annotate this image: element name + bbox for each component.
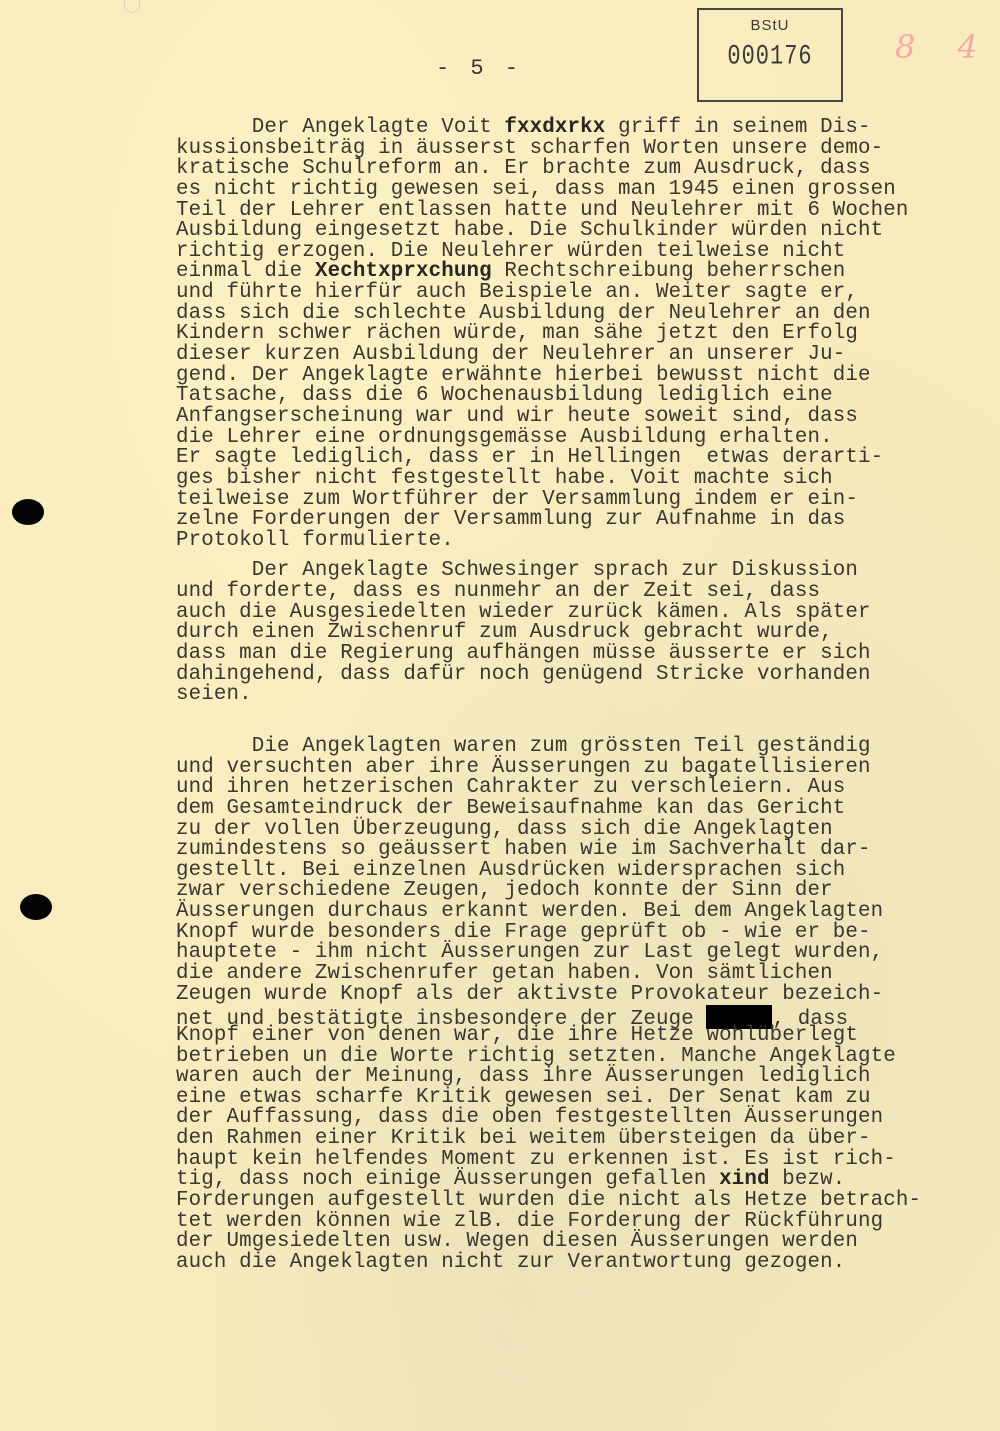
text-line: tig, dass noch einige Äusserungen gefall… <box>176 1170 956 1191</box>
text-line: Der Angeklagte Voit fxxdxrkx griff in se… <box>176 118 956 139</box>
text-line: Ausbildung eingesetzt habe. Die Schulkin… <box>176 221 956 242</box>
text-line: Zeugen wurde Knopf als der aktivste Prov… <box>176 985 956 1006</box>
struck-out-word: Xechtxprxchung <box>315 260 492 283</box>
text-line: und ihren hetzerischen Cahrakter zu vers… <box>176 778 956 799</box>
text-line: und forderte, dass es nunmehr an der Zei… <box>176 582 956 603</box>
punch-hole-icon <box>20 894 52 920</box>
corner-mark <box>124 0 140 13</box>
text-line: tet werden können wie zlB. die Forderung… <box>176 1212 956 1233</box>
text-line: ges bisher nicht festgestellt habe. Voit… <box>176 469 956 490</box>
archive-stamp: BStU 000176 <box>697 8 843 102</box>
stamp-org: BStU <box>699 17 841 34</box>
text-line: zu der vollen Überzeugung, dass sich die… <box>176 820 956 841</box>
text-line: Kindern schwer rächen würde, man sähe je… <box>176 324 956 345</box>
text-line: der Umgesiedelten usw. Wegen diesen Äuss… <box>176 1232 956 1253</box>
text-line: Forderungen aufgestellt wurden die nicht… <box>176 1191 956 1212</box>
text-line: Die Angeklagten waren zum grössten Teil … <box>176 737 956 758</box>
text-line: eine etwas scharfe Kritik gewesen sei. D… <box>176 1088 956 1109</box>
text-line: zumindestens so geäussert haben wie im S… <box>176 840 956 861</box>
struck-out-word: xind <box>719 1168 770 1191</box>
text-line: Der Angeklagte Schwesinger sprach zur Di… <box>176 561 956 582</box>
text-line: einmal die Xechtxprxchung Rechtschreibun… <box>176 262 956 283</box>
text-line: zelne Forderungen der Versammlung zur Au… <box>176 510 956 531</box>
text-line: Knopf wurde besonders die Frage geprüft … <box>176 923 956 944</box>
text-line: betrieben un die Worte richtig setzten. … <box>176 1047 956 1068</box>
text-line: Er sagte lediglich, dass er in Hellingen… <box>176 448 956 469</box>
text-line: Knopf einer von denen war, die ihre Hetz… <box>176 1026 956 1047</box>
text-line: teilweise zum Wortführer der Versammlung… <box>176 490 956 511</box>
text-line: Teil der Lehrer entlassen hatte und Neul… <box>176 201 956 222</box>
handwritten-folio: 8 4 <box>895 28 994 66</box>
stamp-number: 000176 <box>699 41 841 72</box>
text-line: Anfangserscheinung war und wir heute sow… <box>176 407 956 428</box>
text-line: und führte hierfür auch Beispiele an. We… <box>176 283 956 304</box>
punch-hole-icon <box>12 499 44 525</box>
text-line: durch einen Zwischenruf zum Ausdruck geb… <box>176 623 956 644</box>
text-line: und versuchten aber ihre Äusserungen zu … <box>176 758 956 779</box>
text-line: hauptete - ihm nicht Äusserungen zur Las… <box>176 943 956 964</box>
text-line: Tatsache, dass die 6 Wochenausbildung le… <box>176 386 956 407</box>
text-line: dieser kurzen Ausbildung der Neulehrer a… <box>176 345 956 366</box>
text-line: dahingehend, dass dafür noch genügend St… <box>176 665 956 686</box>
text-line: es nicht richtig gewesen sei, dass man 1… <box>176 180 956 201</box>
text-line: haupt kein helfendes Moment zu erkennen … <box>176 1150 956 1171</box>
text-line: zwar verschiedene Zeugen, jedoch konnte … <box>176 881 956 902</box>
text-line: den Rahmen einer Kritik bei weitem übers… <box>176 1129 956 1150</box>
text-line: waren auch der Meinung, dass ihre Äusser… <box>176 1067 956 1088</box>
text-line: richtig erzogen. Die Neulehrer würden te… <box>176 242 956 263</box>
text-line: gend. Der Angeklagte erwähnte hierbei be… <box>176 366 956 387</box>
text-line: kratische Schulreform an. Er brachte zum… <box>176 159 956 180</box>
text-line: gestellt. Bei einzelnen Ausdrücken wider… <box>176 861 956 882</box>
text-line: der Auffassung, dass die oben festgestel… <box>176 1108 956 1129</box>
text-line: dass sich die schlechte Ausbildung der N… <box>176 304 956 325</box>
page-number: - 5 - <box>436 56 522 81</box>
text-line: dass man die Regierung aufhängen müsse ä… <box>176 644 956 665</box>
text-line: dem Gesamteindruck der Beweisaufnahme ka… <box>176 799 956 820</box>
text-line: die Lehrer eine ordnungsgemässe Ausbildu… <box>176 428 956 449</box>
paragraph: Der Angeklagte Voit fxxdxrkx griff in se… <box>176 118 956 551</box>
document-body: Der Angeklagte Voit fxxdxrkx griff in se… <box>176 118 956 1274</box>
text-line: Äusserungen durchaus erkannt werden. Bei… <box>176 902 956 923</box>
paragraph: Die Angeklagten waren zum grössten Teil … <box>176 737 956 1274</box>
text-line: net und bestätigte insbesondere der Zeug… <box>176 1005 956 1026</box>
text-line: kussionsbeiträg in äusserst scharfen Wor… <box>176 139 956 160</box>
text-line: auch die Angeklagten nicht zur Verantwor… <box>176 1253 956 1274</box>
paragraph: Der Angeklagte Schwesinger sprach zur Di… <box>176 561 956 705</box>
struck-out-word: fxxdxrkx <box>504 116 605 139</box>
text-line: Protokoll formulierte. <box>176 531 956 552</box>
text-line: die andere Zwischenrufer getan haben. Vo… <box>176 964 956 985</box>
paragraph-gap <box>176 706 956 737</box>
text-line: auch die Ausgesiedelten wieder zurück kä… <box>176 603 956 624</box>
text-line: seien. <box>176 685 956 706</box>
